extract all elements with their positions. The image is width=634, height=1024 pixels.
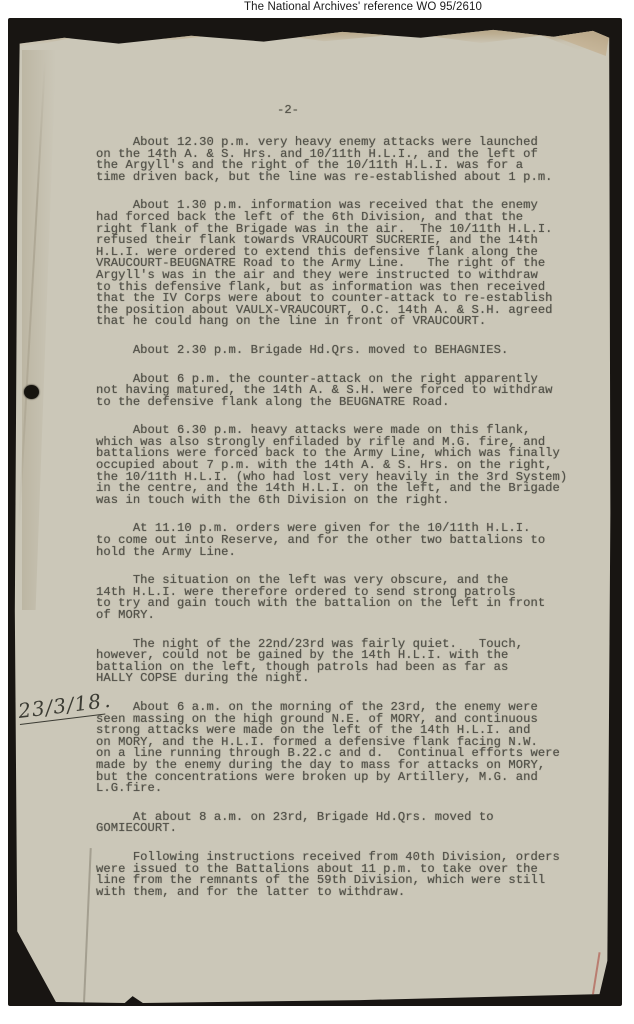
typed-paragraph: About 1.30 p.m. information was received…: [96, 200, 588, 328]
typed-paragraph: Following instructions received from 40t…: [96, 852, 588, 898]
typed-paragraph: About 2.30 p.m. Brigade Hd.Qrs. moved to…: [96, 345, 588, 357]
typed-paragraph: About 6 a.m. on the morning of the 23rd,…: [96, 702, 588, 795]
typed-paragraph: At about 8 a.m. on 23rd, Brigade Hd.Qrs.…: [96, 812, 588, 835]
archive-reference-label: The National Archives' reference WO 95/2…: [244, 1, 482, 13]
left-fold-shading: [22, 50, 56, 610]
typed-paragraph: About 12.30 p.m. very heavy enemy attack…: [96, 137, 588, 183]
typed-paragraph: The night of the 22nd/23rd was fairly qu…: [96, 639, 588, 685]
typed-paragraph: The situation on the left was very obscu…: [96, 575, 588, 621]
typed-paragraph: About 6.30 p.m. heavy attacks were made …: [96, 425, 588, 506]
bottom-left-crease: [82, 848, 91, 1020]
left-fold-crease: [18, 60, 46, 529]
typed-text-block: About 12.30 p.m. very heavy enemy attack…: [96, 137, 588, 915]
punch-hole-icon: [24, 385, 39, 399]
page-number: -2-: [277, 103, 299, 117]
typed-paragraph: About 6 p.m. the counter-attack on the r…: [96, 374, 588, 409]
typed-paragraph: At 11.10 p.m. orders were given for the …: [96, 523, 588, 558]
red-margin-mark: [591, 952, 600, 998]
